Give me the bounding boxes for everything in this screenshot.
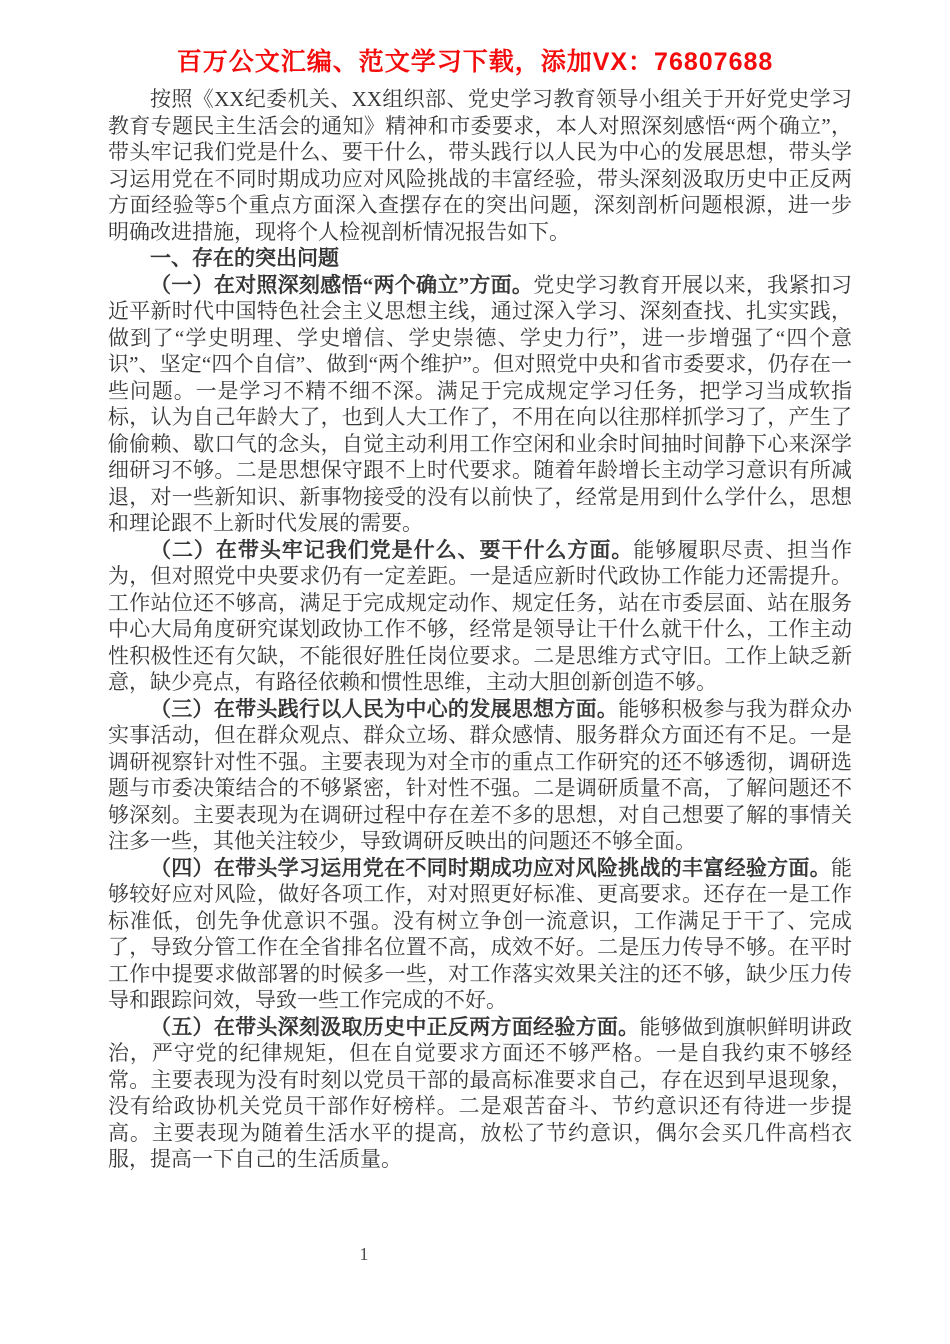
paragraph-2-lead: （二）在带头牢记我们党是什么、要干什么方面。 [150,538,633,562]
paragraph-4-lead: （四）在带头学习运用党在不同时期成功应对风险挑战的丰富经验方面。 [150,856,831,880]
intro-paragraph: 按照《XX纪委机关、XX组织部、党史学习教育领导小组关于开好党史学习教育专题民主… [108,86,852,245]
page-number: 1 [352,1244,376,1265]
document-page: 百万公文汇编、范文学习下载，添加VX：76807688 按照《XX纪委机关、XX… [0,0,950,1344]
paragraph-3-lead: （三）在带头践行以人民为中心的发展思想方面。 [150,697,618,721]
section-heading: 一、存在的突出问题 [108,245,852,272]
paragraph-item-5: （五）在带头深刻汲取历史中正反两方面经验方面。能够做到旗帜鲜明讲政治，严守党的纪… [108,1014,852,1173]
paragraph-item-4: （四）在带头学习运用党在不同时期成功应对风险挑战的丰富经验方面。能够较好应对风险… [108,855,852,1014]
paragraph-1-text: 党史学习教育开展以来，我紧扣习近平新时代中国特色社会主义思想主线，通过深入学习、… [108,273,852,536]
document-body: 按照《XX纪委机关、XX组织部、党史学习教育领导小组关于开好党史学习教育专题民主… [108,86,852,1173]
paragraph-item-2: （二）在带头牢记我们党是什么、要干什么方面。能够履职尽责、担当作为，但对照党中央… [108,537,852,696]
promo-header-text: 百万公文汇编、范文学习下载，添加VX：76807688 [0,42,950,78]
paragraph-5-lead: （五）在带头深刻汲取历史中正反两方面经验方面。 [150,1015,639,1039]
paragraph-item-1: （一）在对照深刻感悟“两个确立”方面。党史学习教育开展以来，我紧扣习近平新时代中… [108,272,852,537]
paragraph-item-3: （三）在带头践行以人民为中心的发展思想方面。能够积极参与我为群众办实事活动，但在… [108,696,852,855]
paragraph-1-lead: （一）在对照深刻感悟“两个确立”方面。 [150,273,533,297]
